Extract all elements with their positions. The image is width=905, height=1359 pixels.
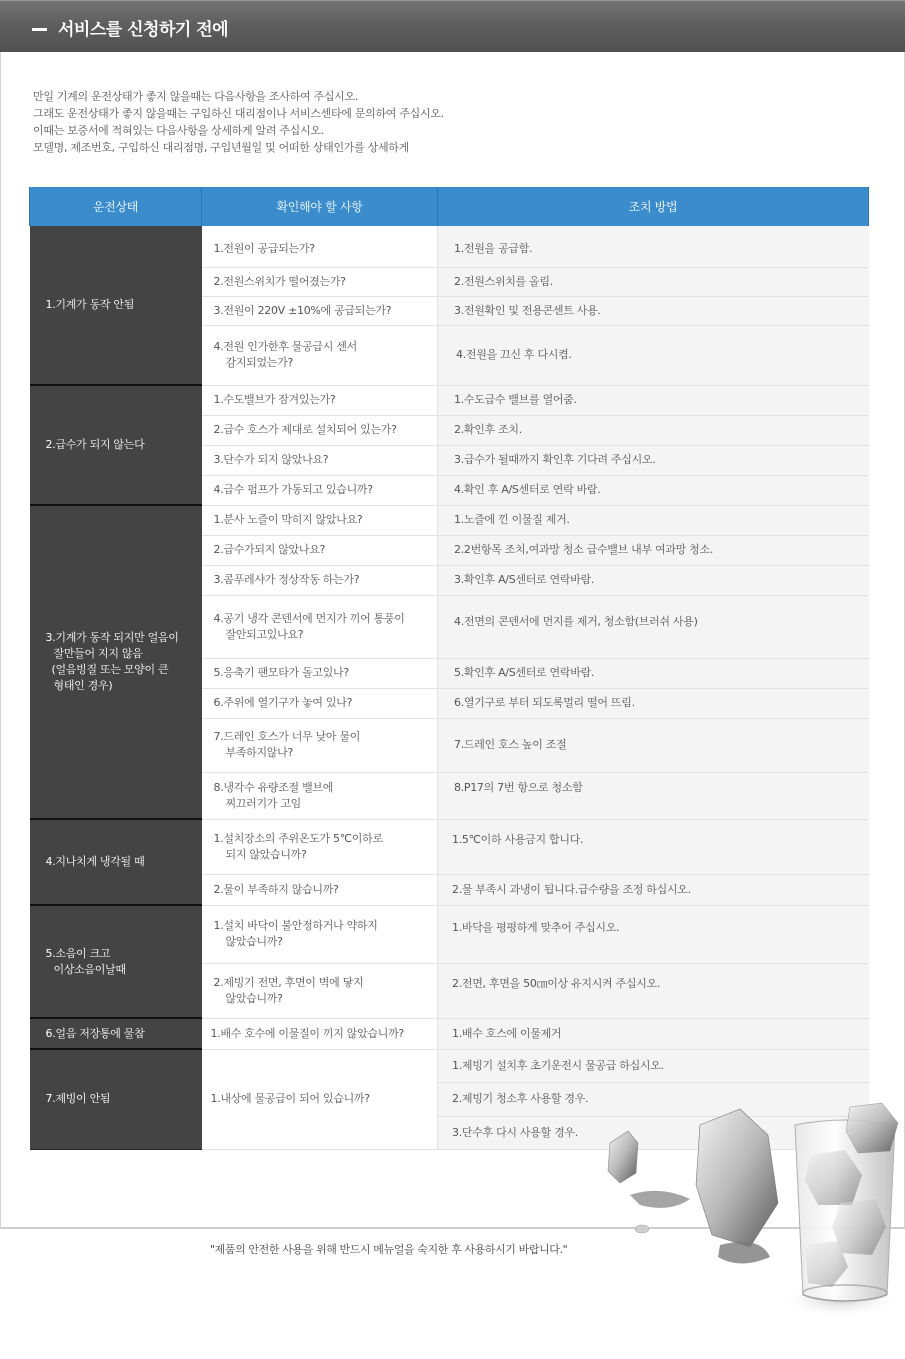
page-title: 서비스를 신청하기 전에 [58, 15, 228, 40]
action-cell: 1.바닥을 평평하게 맞추어 주십시오. [438, 905, 869, 963]
check-cell: 1.배수 호수에 이물질이 끼지 않았습니까? [202, 1018, 438, 1049]
intro-line: 이때는 보증서에 적혀있는 다음사항을 상세하게 알려 주십시오. [33, 122, 444, 139]
check-line: 1.설치장소의 주위온도가 5℃이하로 [214, 832, 383, 845]
check-line: 8.냉각수 유량조절 밸브에 [214, 781, 334, 794]
check-cell: 4.전원 인가한후 물공급시 센서 감지되었는가? [202, 325, 438, 385]
state-label: 2.급수가 되지 않는다 [46, 438, 145, 451]
dash-icon [32, 28, 47, 31]
state-label: 7.제빙이 안됨 [46, 1092, 111, 1105]
action-cell: 2.확인후 조치. [438, 415, 869, 445]
action-cell: 2.전원스위치를 올림. [438, 267, 869, 296]
check-line: 되지 않았습니까? [214, 847, 437, 863]
table-row: 3.기계가 동작 되지만 얼음이 잘만들어 지지 않음 (얼음빙질 또는 모양이… [30, 505, 869, 535]
action-cell: 5.확인후 A/S센터로 연락바람. [438, 658, 869, 688]
action-cell: 1.노즐에 낀 이물질 제거. [438, 505, 869, 535]
action-cell: 3.확인후 A/S센터로 연락바람. [438, 565, 869, 595]
intro-text: 만일 기계의 운전상태가 좋지 않을때는 다음사항을 조사하여 주십시오. 그래… [33, 88, 444, 156]
water-drop [635, 1225, 649, 1233]
action-cell: 4.전원을 끄신 후 다시켬. [438, 325, 869, 385]
check-cell: 8.냉각수 유량조절 밸브에 찌끄러기가 고임 [202, 772, 438, 819]
troubleshooting-table: 운전상태 확인해야 할 사항 조치 방법 1.기계가 동작 안됨 1.전원이 공… [29, 187, 869, 1150]
check-cell: 4.공기 냉각 콘덴서에 먼지가 끼어 통풍이 잘안되고있나요? [202, 595, 438, 658]
action-cell: 6.열기구로 부터 되도록멀리 떨어 뜨림. [438, 688, 869, 718]
check-cell: 1.수도밸브가 잠겨있는가? [202, 385, 438, 415]
check-cell: 2.전원스위치가 떨어졌는가? [202, 267, 438, 296]
table-row: 1.기계가 동작 안됨 1.전원이 공급되는가? 1.전원을 공급함. [30, 226, 869, 267]
check-cell: 1.전원이 공급되는가? [202, 226, 438, 267]
check-cell: 1.분사 노즐이 막히지 않았나요? [202, 505, 438, 535]
column-header-state: 운전상태 [30, 187, 202, 226]
state-cell: 6.얼음 저장통에 물참 [30, 1018, 202, 1049]
column-header-action: 조치 방법 [438, 187, 869, 226]
action-cell: 1.전원을 공급함. [438, 226, 869, 267]
intro-line: 만일 기계의 운전상태가 좋지 않을때는 다음사항을 조사하여 주십시오. [33, 88, 444, 105]
state-cell: 7.제빙이 안됨 [30, 1049, 202, 1149]
state-label: 5.소음이 크고 [46, 947, 111, 960]
table-row: 5.소음이 크고 이상소음이날때 1.설치 바닥이 불안정하거나 약하지 않았습… [30, 905, 869, 963]
check-cell: 4.급수 펌프가 가동되고 있습니까? [202, 475, 438, 505]
state-label: 형태인 경우) [46, 678, 201, 694]
action-cell: 2.물 부족시 과냉이 됩니다.급수량을 조정 하십시오. [438, 874, 869, 905]
check-cell: 1.내상에 물공급이 되어 있습니까? [202, 1049, 438, 1149]
column-header-check: 확인해야 할 사항 [202, 187, 438, 226]
check-cell: 2.급수가되지 않았나요? [202, 535, 438, 565]
action-cell: 2.2번항목 조치,여과망 청소 급수밸브 내부 여과망 청소. [438, 535, 869, 565]
state-label: 4.지나치게 냉각될 때 [46, 855, 145, 868]
check-cell: 6.주위에 열기구가 놓여 있나? [202, 688, 438, 718]
state-cell: 2.급수가 되지 않는다 [30, 385, 202, 505]
table-row: 7.제빙이 안됨 1.내상에 물공급이 되어 있습니까? 1.제빙기 설치후 초… [30, 1049, 869, 1082]
check-line: 1.설치 바닥이 불안정하거나 약하지 [214, 919, 378, 932]
table-row: 2.급수가 되지 않는다 1.수도밸브가 잠겨있는가? 1.수도급수 밸브를 열… [30, 385, 869, 415]
check-line: 7.드레인 호스가 너무 낮아 물이 [214, 730, 361, 743]
state-cell: 1.기계가 동작 안됨 [30, 226, 202, 385]
ice-cube-icon [608, 1131, 638, 1183]
check-line: 부족하지않나? [214, 745, 437, 761]
intro-line: 그래도 운전상태가 좋지 않을때는 구입하신 대리점이나 서비스센타에 문의하여… [33, 105, 444, 122]
check-cell: 1.설치장소의 주위온도가 5℃이하로 되지 않았습니까? [202, 819, 438, 874]
check-line: 않았습니까? [214, 934, 437, 950]
action-cell: 1.수도급수 밸브를 열어줌. [438, 385, 869, 415]
state-label: (얼음빙질 또는 모양이 큰 [46, 662, 201, 678]
water-puddle [630, 1191, 690, 1208]
check-line: 잘안되고있나요? [214, 627, 437, 643]
state-cell: 5.소음이 크고 이상소음이날때 [30, 905, 202, 1018]
state-cell: 3.기계가 동작 되지만 얼음이 잘만들어 지지 않음 (얼음빙질 또는 모양이… [30, 505, 202, 819]
check-cell: 3.전원이 220V ±10%에 공급되는가? [202, 296, 438, 325]
check-line: 4.전원 인가한후 물공급시 센서 [214, 340, 357, 353]
check-cell: 7.드레인 호스가 너무 낮아 물이 부족하지않나? [202, 718, 438, 772]
action-cell: 1.배수 호스에 이물제거 [438, 1018, 869, 1049]
intro-line: 모델명, 제조번호, 구입하신 대리점명, 구입년월일 및 어떠한 상태인가를 … [33, 139, 444, 156]
action-cell: 3.급수가 될때까지 확인후 기다려 주십시오. [438, 445, 869, 475]
footer-note: "제품의 안전한 사용을 위해 반드시 메뉴얼을 숙지한 후 사용하시기 바랍니… [210, 1241, 567, 1257]
state-label: 6.얼음 저장통에 물참 [46, 1027, 145, 1040]
ice-glass-illustration [600, 1095, 905, 1340]
ice-cube-icon [696, 1109, 778, 1247]
check-cell: 3.단수가 되지 않았나요? [202, 445, 438, 475]
section-header: 서비스를 신청하기 전에 [0, 0, 905, 53]
check-cell: 3.콤푸레샤가 정상작동 하는가? [202, 565, 438, 595]
check-line: 4.공기 냉각 콘덴서에 먼지가 끼어 통풍이 [214, 612, 405, 625]
check-cell: 5.응축기 팬모타가 돌고있나? [202, 658, 438, 688]
action-cell: 8.P17의 7번 항으로 청소함 [438, 772, 869, 819]
check-cell: 2.급수 호스가 제대로 설치되어 있는가? [202, 415, 438, 445]
state-label: 3.기계가 동작 되지만 얼음이 [46, 631, 179, 644]
table-row: 6.얼음 저장통에 물참 1.배수 호수에 이물질이 끼지 않았습니까? 1.배… [30, 1018, 869, 1049]
table-row: 4.지나치게 냉각될 때 1.설치장소의 주위온도가 5℃이하로 되지 않았습니… [30, 819, 869, 874]
check-cell: 2.제빙기 전면, 후면이 벽에 닿지 않았습니까? [202, 963, 438, 1018]
action-cell: 1.5℃이하 사용금지 합니다. [438, 819, 869, 874]
action-cell: 2.전면, 후면을 50㎝이상 유지시켜 주십시오. [438, 963, 869, 1018]
action-cell: 4.전면의 콘덴서에 먼지를 제거, 청소함(브러쉬 사용) [438, 595, 869, 658]
action-cell: 1.제빙기 설치후 초기운전시 물공급 하십시오. [438, 1049, 869, 1082]
state-label: 1.기계가 동작 안됨 [46, 298, 135, 311]
state-cell: 4.지나치게 냉각될 때 [30, 819, 202, 905]
water-puddle [718, 1242, 770, 1264]
check-line: 찌끄러기가 고임 [214, 796, 437, 812]
ice-cube-icon [846, 1103, 898, 1153]
check-line: 않았습니까? [214, 991, 437, 1007]
table-header-row: 운전상태 확인해야 할 사항 조치 방법 [30, 187, 869, 226]
state-label: 이상소음이날때 [46, 962, 201, 978]
action-cell: 7.드레인 호스 높이 조절 [438, 718, 869, 772]
state-label: 잘만들어 지지 않음 [46, 646, 201, 662]
action-cell: 3.전원확인 및 전용콘센트 사용. [438, 296, 869, 325]
action-cell: 4.확인 후 A/S센터로 연락 바람. [438, 475, 869, 505]
check-cell: 2.물이 부족하지 않습니까? [202, 874, 438, 905]
check-cell: 1.설치 바닥이 불안정하거나 약하지 않았습니까? [202, 905, 438, 963]
check-line: 2.제빙기 전면, 후면이 벽에 닿지 [214, 976, 364, 989]
check-line: 감지되었는가? [214, 355, 437, 371]
